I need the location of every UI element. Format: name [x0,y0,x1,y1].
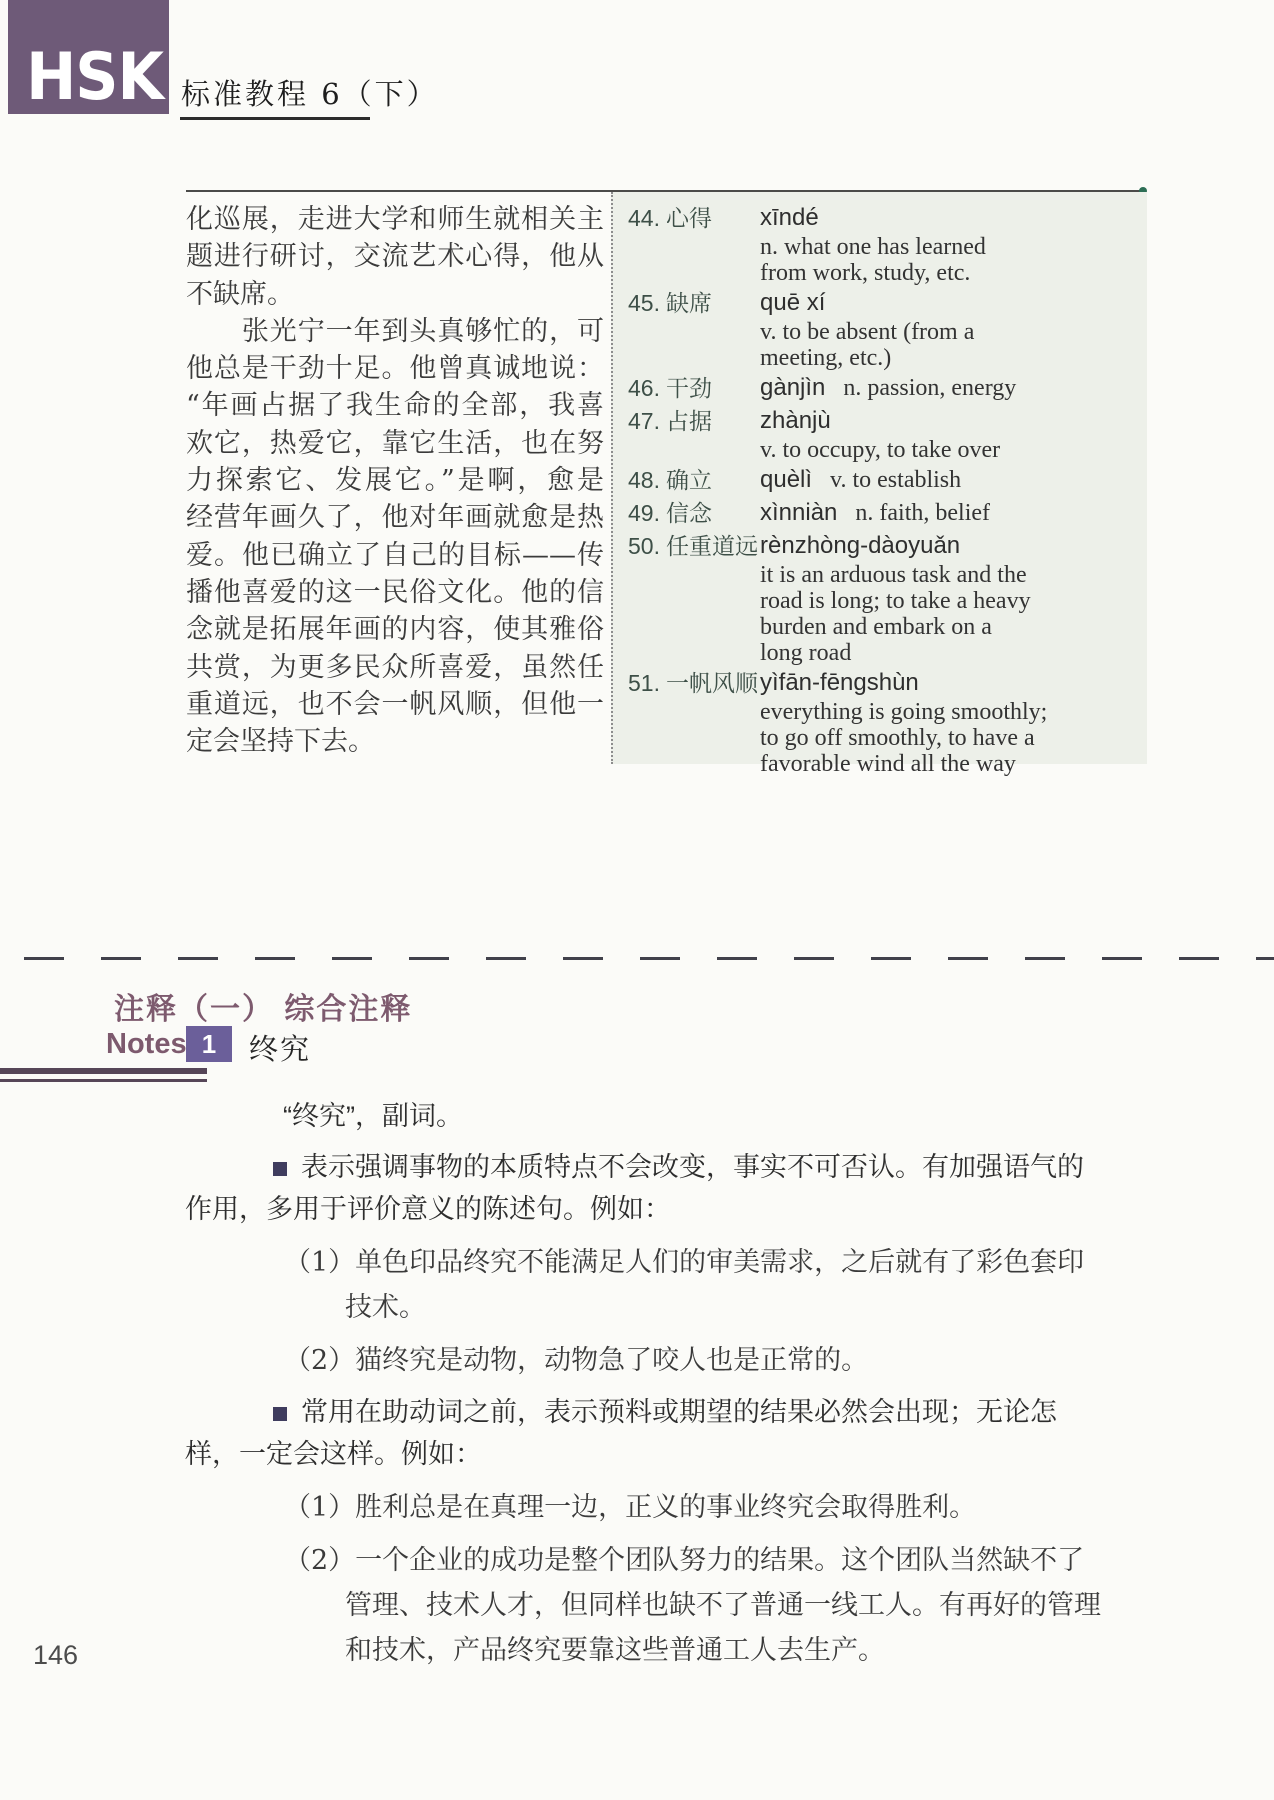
vocab-english: burden and embark on a [760,614,1139,640]
vocab-entry: 47.占据 zhànjù v. to occupy, to take over [628,408,1139,463]
vocab-entry: 51.一帆风顺 yìfān-fēngshùn everything is goi… [628,670,1139,777]
vocab-term: 44.心得 [628,205,760,286]
book-title: 标准教程 6（下） [181,72,439,113]
passage-line: 不缺席。 [186,276,604,313]
vocab-pinyin: rènzhòng-dàoyuǎn [760,532,960,559]
notes-section-title: 注释（一） 综合注释 [114,984,412,1028]
notes-body: “终究”，副词。 表示强调事物的本质特点不会改变，事实不可否认。有加强语气的作用… [185,1094,1110,1681]
vocab-definition: xīndé n. what one has learned from work,… [760,205,1139,286]
vocab-entry: 50.任重道远 rènzhòng-dàoyuǎn it is an arduou… [628,533,1139,666]
vocab-definition: rènzhòng-dàoyuǎn it is an arduous task a… [760,533,1139,666]
notes-rule-thin [0,1079,207,1082]
vocab-english: long road [760,640,1139,666]
note-example: （2）一个企业的成功是整个团队努力的结果。这个团队当然缺不了管理、技术人才，但同… [185,1538,1110,1673]
vocab-english: v. to occupy, to take over [760,437,1139,463]
vocab-pinyin: zhànjù [760,407,831,434]
vocab-english: favorable wind all the way [760,751,1139,777]
hsk-logo-block: HSK [8,0,169,114]
bullet-icon [273,1407,287,1421]
vocab-term: 47.占据 [628,408,760,463]
vocab-definition: gànjìnn. passion, energy [760,375,1139,404]
vocab-word: 占据 [666,408,712,434]
vocab-term: 51.一帆风顺 [628,670,760,777]
vocab-pinyin: yìfān-fēngshùn [760,669,919,696]
vocab-number: 44. [628,205,660,231]
passage-line: 共赏，为更多民众所喜爱，虽然任 [186,649,604,686]
notes-rule-thick [0,1068,207,1074]
vocab-english: v. to be absent (from a [760,319,1139,345]
note-item-title: 终究 [249,1027,311,1068]
note-example-text: （2）猫终究是动物，动物急了咬人也是正常的。 [284,1345,868,1376]
passage-line: 化巡展，走进大学和师生就相关主 [186,201,604,238]
note-example-text: （1）单色印品终究不能满足人们的审美需求，之后就有了彩色套印技术。 [284,1247,1084,1323]
vocab-entry: 49.信念 xìnniànn. faith, belief [628,500,1139,529]
vocab-english: from work, study, etc. [760,260,1139,286]
vocab-number: 49. [628,500,660,526]
vocab-word: 确立 [666,467,712,493]
vocab-english: meeting, etc.) [760,345,1139,371]
textbook-page: HSK 标准教程 6（下） 化巡展，走进大学和师生就相关主 题进行研讨，交流艺术… [0,0,1274,1800]
passage-line: 他总是干劲十足。他曾真诚地说： [186,350,604,387]
passage-line: 经营年画久了，他对年画就愈是热 [186,499,604,536]
vocab-entry: 48.确立 quèlìv. to establish [628,467,1139,496]
note-example: （1）单色印品终究不能满足人们的审美需求，之后就有了彩色套印技术。 [185,1240,1110,1330]
vocab-entry: 45.缺席 quē xí v. to be absent (from a mee… [628,290,1139,371]
passage-line: 力探索它、发展它。”是啊，愈是 [186,462,604,499]
passage-line: 定会坚持下去。 [186,723,604,760]
note-number-badge: 1 [186,1026,232,1062]
note-point-text: 常用在助动词之前，表示预料或期望的结果必然会出现；无论怎样，一定会这样。例如： [185,1397,1057,1469]
vocab-number: 45. [628,290,660,316]
vocab-number: 46. [628,375,660,401]
passage-line: 张光宁一年到头真够忙的，可 [186,313,604,350]
note-point: 常用在助动词之前，表示预料或期望的结果必然会出现；无论怎样，一定会这样。例如： [185,1391,1110,1475]
note-point: 表示强调事物的本质特点不会改变，事实不可否认。有加强语气的作用，多用于评价意义的… [185,1146,1110,1230]
notes-label: Notes [106,1028,187,1061]
vocab-term: 50.任重道远 [628,533,760,666]
vocab-english: it is an arduous task and the [760,562,1139,588]
vocab-term: 49.信念 [628,500,760,529]
vocab-english: to go off smoothly, to have a [760,725,1139,751]
vocab-pinyin: gànjìn [760,374,825,401]
vocab-definition: zhànjù v. to occupy, to take over [760,408,1139,463]
vocab-word: 任重道远 [666,533,758,559]
vocab-english: everything is going smoothly; [760,699,1139,725]
note-example-text: （1）胜利总是在真理一边，正义的事业终究会取得胜利。 [284,1492,976,1523]
vocab-definition: quē xí v. to be absent (from a meeting, … [760,290,1139,371]
vocab-pinyin: quèlì [760,466,812,493]
vocab-entry: 44.心得 xīndé n. what one has learned from… [628,205,1139,286]
vocab-word: 一帆风顺 [666,670,758,696]
passage-line: “年画占据了我生命的全部，我喜 [186,387,604,424]
note-example-text: （2）一个企业的成功是整个团队努力的结果。这个团队当然缺不了管理、技术人才，但同… [284,1545,1101,1666]
vocab-pinyin: xìnniàn [760,499,837,526]
page-number: 146 [33,1640,78,1671]
note-intro: “终究”，副词。 [283,1094,1110,1138]
vocab-pinyin: xīndé [760,204,819,231]
vocab-number: 48. [628,467,660,493]
vocab-definition: quèlìv. to establish [760,467,1139,496]
passage-line: 欢它，热爱它，靠它生活，也在努 [186,425,604,462]
vocab-english: n. faith, belief [855,500,990,526]
vocab-word: 缺席 [666,290,712,316]
vocab-number: 51. [628,670,660,696]
vocab-definition: xìnniànn. faith, belief [760,500,1139,529]
vocab-pinyin: quē xí [760,289,825,316]
vocab-entry: 46.干劲 gànjìnn. passion, energy [628,375,1139,404]
vocab-number: 47. [628,408,660,434]
passage-line: 爱。他已确立了自己的目标——传 [186,537,604,574]
reading-passage: 化巡展，走进大学和师生就相关主 题进行研讨，交流艺术心得，他从 不缺席。 张光宁… [186,201,604,760]
note-point-text: 表示强调事物的本质特点不会改变，事实不可否认。有加强语气的作用，多用于评价意义的… [185,1152,1084,1224]
passage-line: 重道远，也不会一帆风顺，但他一 [186,686,604,723]
passage-line: 题进行研讨，交流艺术心得，他从 [186,238,604,275]
hsk-logo: HSK [26,45,163,110]
note-example: （1）胜利总是在真理一边，正义的事业终究会取得胜利。 [185,1485,1110,1530]
vocab-definition: yìfān-fēngshùn everything is going smoot… [760,670,1139,777]
header-underline [180,117,370,120]
note-example: （2）猫终究是动物，动物急了咬人也是正常的。 [185,1338,1110,1383]
vocab-term: 46.干劲 [628,375,760,404]
bullet-icon [273,1162,287,1176]
vocab-english: road is long; to take a heavy [760,588,1139,614]
vocab-word: 信念 [666,500,712,526]
dashed-divider [24,957,1274,960]
vocab-term: 45.缺席 [628,290,760,371]
passage-line: 播他喜爱的这一民俗文化。他的信 [186,574,604,611]
vocab-number: 50. [628,533,660,559]
vocab-word: 心得 [666,205,712,231]
passage-line: 念就是拓展年画的内容，使其雅俗 [186,611,604,648]
vocab-word: 干劲 [666,375,712,401]
vocabulary-panel: 44.心得 xīndé n. what one has learned from… [611,192,1147,764]
vocab-english: n. what one has learned [760,234,1139,260]
vocab-term: 48.确立 [628,467,760,496]
note-number: 1 [202,1029,216,1059]
vocab-english: n. passion, energy [843,375,1016,401]
vocab-english: v. to establish [830,467,961,493]
